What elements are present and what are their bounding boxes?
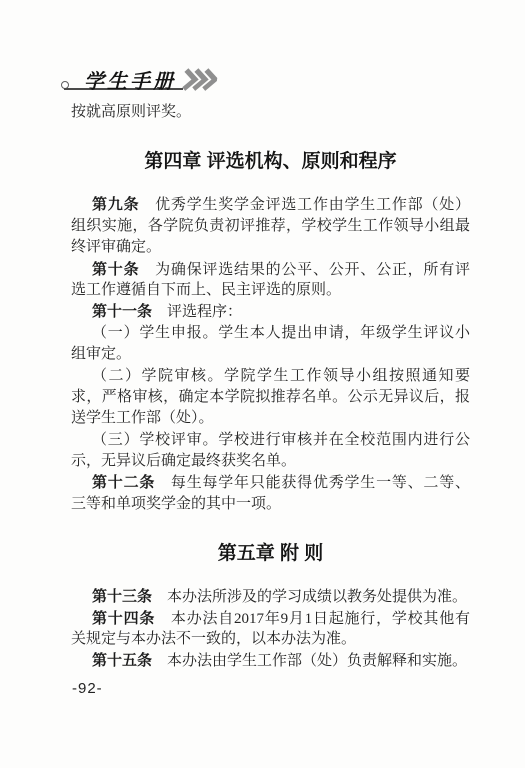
document-line: 第十三条 本办法所涉及的学习成绩以教务处提供为准。 bbox=[71, 586, 470, 607]
article-number: 第十一条 bbox=[92, 303, 152, 320]
document-content: 按就高原则评奖。第四章 评选机构、原则和程序第九条 优秀学生奖学金评选工作由学生… bbox=[71, 102, 470, 672]
article-number: 第十条 bbox=[92, 261, 139, 278]
scanned-handbook-page: 学生手册 按就高原则评奖。第四章 评选机构、原则和程序第九条 优秀学生奖学金评选… bbox=[0, 0, 525, 768]
page-number: -92- bbox=[72, 680, 103, 697]
chapter-heading: 第四章 评选机构、原则和程序 bbox=[71, 149, 470, 175]
article-number: 第十二条 bbox=[92, 474, 155, 491]
article-number: 第十三条 bbox=[92, 588, 152, 605]
chapter-heading: 第五章 附 则 bbox=[71, 541, 470, 567]
document-line: 组织实施，各学院负责初评推荐，学校学生工作领导小组最 bbox=[71, 216, 470, 237]
article-number: 第九条 bbox=[92, 196, 139, 213]
document-line: 按就高原则评奖。 bbox=[71, 102, 470, 123]
document-line: （三）学校评审。学校进行审核并在全校范围内进行公 bbox=[71, 430, 470, 451]
document-line: （二）学院审核。学院学生工作领导小组按照通知要 bbox=[71, 366, 470, 387]
document-line: 第九条 优秀学生奖学金评选工作由学生工作部（处） bbox=[71, 194, 470, 215]
document-line: 第十二条 每生每学年只能获得优秀学生一等、二等、 bbox=[71, 472, 470, 493]
document-line: 组审定。 bbox=[71, 344, 470, 365]
document-line: 选工作遵循自下而上、民主评选的原则。 bbox=[71, 280, 470, 301]
document-line: 第十条 为确保评选结果的公平、公开、公正，所有评 bbox=[71, 259, 470, 280]
page-header-brand: 学生手册 bbox=[60, 66, 230, 96]
document-line: 三等和单项奖学金的其中一项。 bbox=[71, 494, 470, 515]
document-line: 送学生工作部（处）。 bbox=[71, 408, 470, 429]
article-number: 第十五条 bbox=[92, 652, 152, 669]
document-line: 求，严格审核，确定本学院拟推荐名单。公示无异议后，报 bbox=[71, 387, 470, 408]
document-line: 终评审确定。 bbox=[71, 237, 470, 258]
document-line: （一）学生申报。学生本人提出申请，年级学生评议小 bbox=[71, 323, 470, 344]
document-line: 第十四条 本办法自2017年9月1日起施行，学校其他有 bbox=[71, 608, 470, 629]
document-line: 第十五条 本办法由学生工作部（处）负责解释和实施。 bbox=[71, 650, 470, 671]
triple-chevron-right-icon bbox=[181, 68, 218, 92]
document-line: 关规定与本办法不一致的，以本办法为准。 bbox=[71, 629, 470, 650]
document-line: 第十一条 评选程序： bbox=[71, 301, 470, 322]
document-line: 示，无异议后确定最终获奖名单。 bbox=[71, 451, 470, 472]
handbook-title: 学生手册 bbox=[84, 65, 176, 94]
article-number: 第十四条 bbox=[92, 610, 155, 627]
